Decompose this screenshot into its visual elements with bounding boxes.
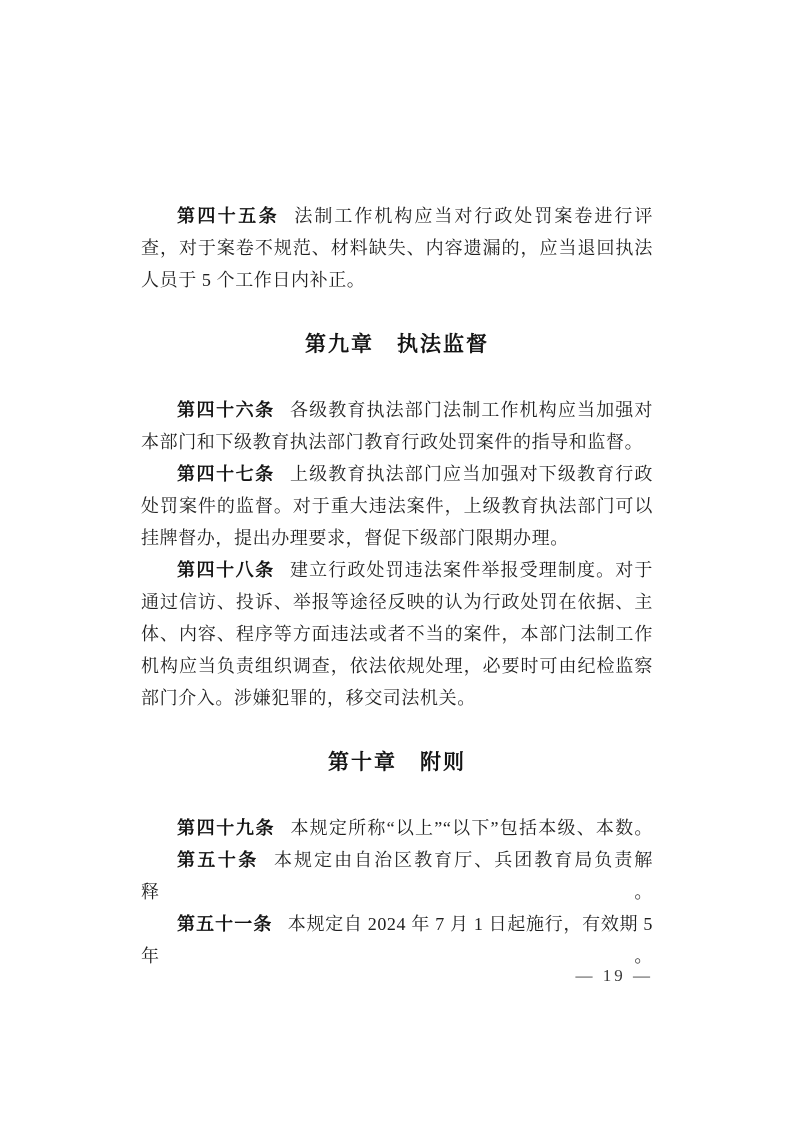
- article-paragraph-46: 第四十六条各级教育执法部门法制工作机构应当加强对本部门和下级教育执法部门教育行政…: [141, 394, 653, 458]
- article-number-50: 第五十条: [177, 850, 259, 870]
- chapter-heading-9: 第九章 执法监督: [141, 329, 653, 361]
- article-number-45: 第四十五条: [177, 206, 279, 226]
- article-number-51: 第五十一条: [177, 914, 272, 934]
- document-content: 第四十五条法制工作机构应当对行政处罚案卷进行评查，对于案卷不规范、材料缺失、内容…: [141, 200, 653, 972]
- article-number-49: 第四十九条: [177, 818, 275, 838]
- article-paragraph-45: 第四十五条法制工作机构应当对行政处罚案卷进行评查，对于案卷不规范、材料缺失、内容…: [141, 200, 653, 296]
- article-paragraph-48: 第四十八条建立行政处罚违法案件举报受理制度。对于通过信访、投诉、举报等途径反映的…: [141, 554, 653, 714]
- article-text-48: 建立行政处罚违法案件举报受理制度。对于通过信访、投诉、举报等途径反映的认为行政处…: [141, 560, 653, 708]
- page-number: — 19 —: [576, 966, 654, 986]
- article-paragraph-51: 第五十一条本规定自 2024 年 7 月 1 日起施行，有效期 5 年。: [141, 908, 653, 972]
- article-paragraph-47: 第四十七条上级教育执法部门应当加强对下级教育行政处罚案件的监督。对于重大违法案件…: [141, 458, 653, 554]
- chapter-heading-10: 第十章 附则: [141, 747, 653, 779]
- article-paragraph-49: 第四十九条本规定所称“以上”“以下”包括本级、本数。: [141, 812, 653, 844]
- article-number-47: 第四十七条: [177, 464, 275, 484]
- article-text-49: 本规定所称“以上”“以下”包括本级、本数。: [290, 818, 653, 838]
- article-paragraph-50: 第五十条本规定由自治区教育厅、兵团教育局负责解释。: [141, 844, 653, 908]
- document-page: 第四十五条法制工作机构应当对行政处罚案卷进行评查，对于案卷不规范、材料缺失、内容…: [0, 0, 793, 1122]
- article-number-48: 第四十八条: [177, 560, 275, 580]
- article-number-46: 第四十六条: [177, 400, 275, 420]
